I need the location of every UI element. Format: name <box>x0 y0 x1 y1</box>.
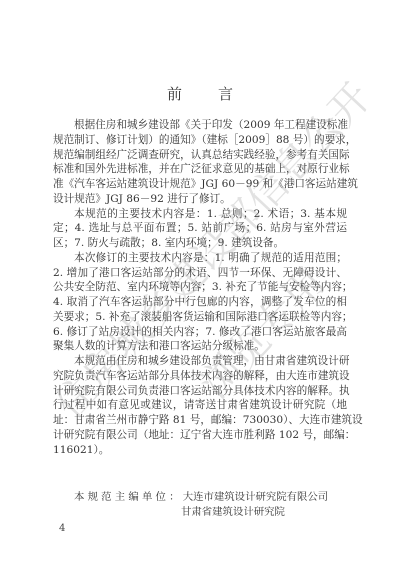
text-line: 规范编制组经广泛调查研究，认真总结实践经验，参考有关国际 <box>53 148 347 163</box>
text-line: 址：甘肃省兰州市静宁路 81 号，邮编：730030）、大连市建筑设 <box>53 413 347 428</box>
text-line: 2. 增加了港口客运站部分的术语、四节一环保、无障碍设计、 <box>53 266 347 281</box>
text-line: 行过程中如有意见或建议，请寄送甘肃省建筑设计研究院（地 <box>53 398 347 413</box>
page-title: 前言 <box>0 83 400 104</box>
editor-line: 本规范主编单位：大连市建筑设计研究院有限公司 <box>74 490 328 505</box>
text-line: 4. 取消了汽车客运站部分中行包廊的内容，调整了发车位的相 <box>53 295 347 310</box>
title-char-1: 前 <box>167 83 182 104</box>
text-line: 本规范的主要技术内容是：1. 总则；2. 术语；3. 基本规 <box>53 207 347 222</box>
editor-unit-2: 甘肃省建筑设计研究院 <box>181 505 285 520</box>
text-line: 计研究院有限公司负责港口客运站部分具体技术内容的解释。执 <box>53 384 347 399</box>
text-line: 本次修订的主要技术内容是：1. 明确了规范的适用范围； <box>53 251 347 266</box>
text-line: 准《汽车客运站建筑设计规范》JGJ 60－99 和《港口客运站建筑 <box>53 177 347 192</box>
preface-body: 根据住房和城乡建设部《关于印发（2009 年工程建设标准规范制订、修订计划）的通… <box>53 118 347 457</box>
text-line: 标准和国外先进标准，并在广泛征求意见的基础上，对原行业标 <box>53 162 347 177</box>
text-line: 本规范由住房和城乡建设部负责管理，由甘肃省建筑设计研 <box>53 354 347 369</box>
text-line: 116021）。 <box>53 443 347 458</box>
editor-unit-1: 大连市建筑设计研究院有限公司 <box>183 491 328 503</box>
text-line: 究院负责汽车客运站部分具体技术内容的解释，由大连市建筑设 <box>53 369 347 384</box>
title-char-2: 言 <box>218 83 233 104</box>
text-line: 6. 修订了站房设计的相关内容；7. 修改了港口客运站旅客最高 <box>53 325 347 340</box>
text-line: 聚集人数的计算方法和港口客运站分级标准。 <box>53 339 347 354</box>
page-number: 4 <box>59 523 65 534</box>
text-line: 公共安全防范、室内环境等内容；3. 补充了节能与安检等内容； <box>53 280 347 295</box>
document-page: 前言 根据住房和城乡建设部《关于印发（2009 年工程建设标准规范制订、修订计划… <box>0 0 400 579</box>
text-line: 定；4. 选址与总平面布置；5. 站前广场；6. 站房与室外营运 <box>53 221 347 236</box>
text-line: 关要求；5. 补充了滚装船客货运输和国际港口客运联检等内容； <box>53 310 347 325</box>
editor-label: 本规范主编单位： <box>74 491 183 503</box>
text-line: 设计规范》JGJ 86－92 进行了修订。 <box>53 192 347 207</box>
text-line: 根据住房和城乡建设部《关于印发（2009 年工程建设标准 <box>53 118 347 133</box>
text-line: 区；7. 防火与疏散；8. 室内环境；9. 建筑设备。 <box>53 236 347 251</box>
text-line: 规范制订、修订计划）的通知》（建标［2009］88 号）的要求， <box>53 133 347 148</box>
text-line: 计研究院有限公司（地址：辽宁省大连市胜利路 102 号，邮编： <box>53 428 347 443</box>
